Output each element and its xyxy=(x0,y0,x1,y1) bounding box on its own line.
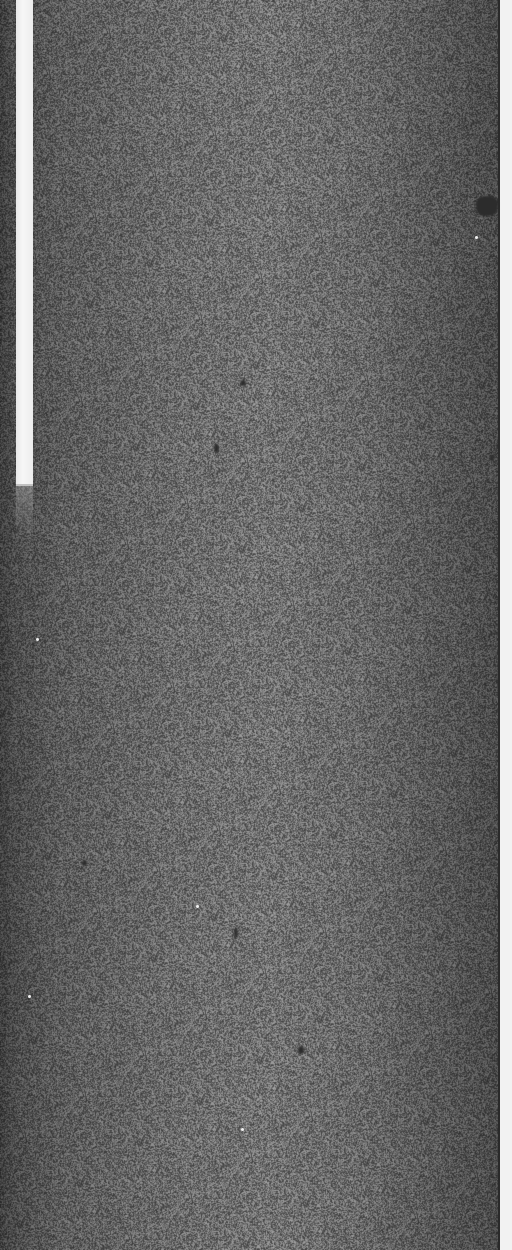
road-debris xyxy=(36,638,39,641)
left-lane-marking xyxy=(16,0,33,486)
road-spot xyxy=(490,455,494,461)
road-spot xyxy=(240,380,246,386)
asphalt-texture xyxy=(0,0,512,1250)
road-spot xyxy=(214,444,219,453)
road-debris xyxy=(241,1128,244,1131)
road-spot xyxy=(298,1046,304,1054)
road-spot xyxy=(234,928,238,938)
asphalt-road-surface xyxy=(0,0,512,1250)
left-lane-marking-worn-end xyxy=(16,484,33,544)
right-lane-marking xyxy=(500,0,512,1250)
oil-stain xyxy=(476,196,498,216)
road-spot xyxy=(82,860,87,866)
road-debris xyxy=(196,905,199,908)
road-debris xyxy=(475,236,478,239)
road-debris xyxy=(28,995,31,998)
